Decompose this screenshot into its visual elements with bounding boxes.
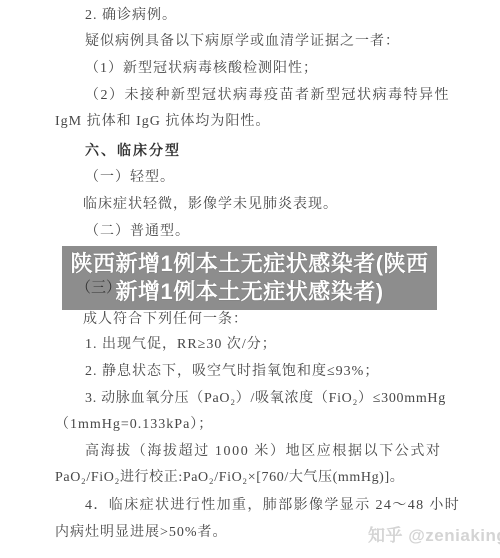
doc-line-confirmed-case-heading: 2. 确诊病例。: [85, 7, 177, 24]
doc-line-altitude-note: 高海拔（海拔超过 1000 米）地区应根据以下公式对: [85, 443, 442, 460]
doc-line-type-mild-desc: 临床症状轻微，影像学未见肺炎表现。: [83, 196, 338, 213]
doc-line-criterion-1: （1）新型冠状病毒核酸检测阳性；: [85, 60, 318, 77]
doc-line-adult-criterion-1: 1. 出现气促，RR≥30 次/分；: [85, 336, 277, 353]
news-title-overlay: （三） 陕西新增1例本土无症状感染者(陕西 新增1例本土无症状感染者): [62, 246, 437, 310]
doc-line-adult-criterion-2: 2. 静息状态下，吸空气时指氧饱和度≤93%；: [85, 363, 379, 380]
zhihu-watermark: 知乎 @zeniaking: [368, 521, 500, 546]
doc-section-heading-clinical-types: 六、临床分型: [85, 142, 181, 159]
news-title-text: 陕西新增1例本土无症状感染者(陕西 新增1例本土无症状感染者): [62, 246, 437, 306]
doc-line-type-mild: （一）轻型。: [85, 169, 175, 186]
doc-line-adult-criterion-3: 3. 动脉血氧分压（PaO₂）/吸氧浓度（FiO₂）≤300mmHg: [85, 390, 446, 407]
news-title-line-2: 新增1例本土无症状感染者): [62, 278, 437, 306]
doc-line-type-common: （二）普通型。: [85, 223, 190, 240]
doc-line-adult-criterion-4: 4．临床症状进行性加重，肺部影像学显示 24～48 小时: [85, 497, 460, 514]
news-title-line-1: 陕西新增1例本土无症状感染者(陕西: [62, 250, 437, 278]
doc-line-adult-criteria-intro: 成人符合下列任何一条：: [83, 311, 248, 328]
doc-line-criterion-2-cont: IgM 抗体和 IgG 抗体均为阳性。: [55, 113, 270, 130]
doc-line-correction-formula: PaO₂/FiO₂进行校正:PaO₂/FiO₂×[760/大气压(mmHg)]。: [55, 469, 404, 486]
doc-line-criterion-2: （2）未接种新型冠状病毒疫苗者新型冠状病毒特异性: [85, 87, 450, 104]
document-page: 2. 确诊病例。 疑似病例具备以下病原学或血清学证据之一者： （1）新型冠状病毒…: [0, 0, 500, 558]
doc-line-suspected-criteria: 疑似病例具备以下病原学或血清学证据之一者：: [85, 33, 400, 50]
doc-line-mmhg-conversion: （1mmHg=0.133kPa）；: [55, 416, 213, 433]
doc-line-adult-criterion-4-cont: 内病灶明显进展>50%者。: [55, 524, 228, 541]
